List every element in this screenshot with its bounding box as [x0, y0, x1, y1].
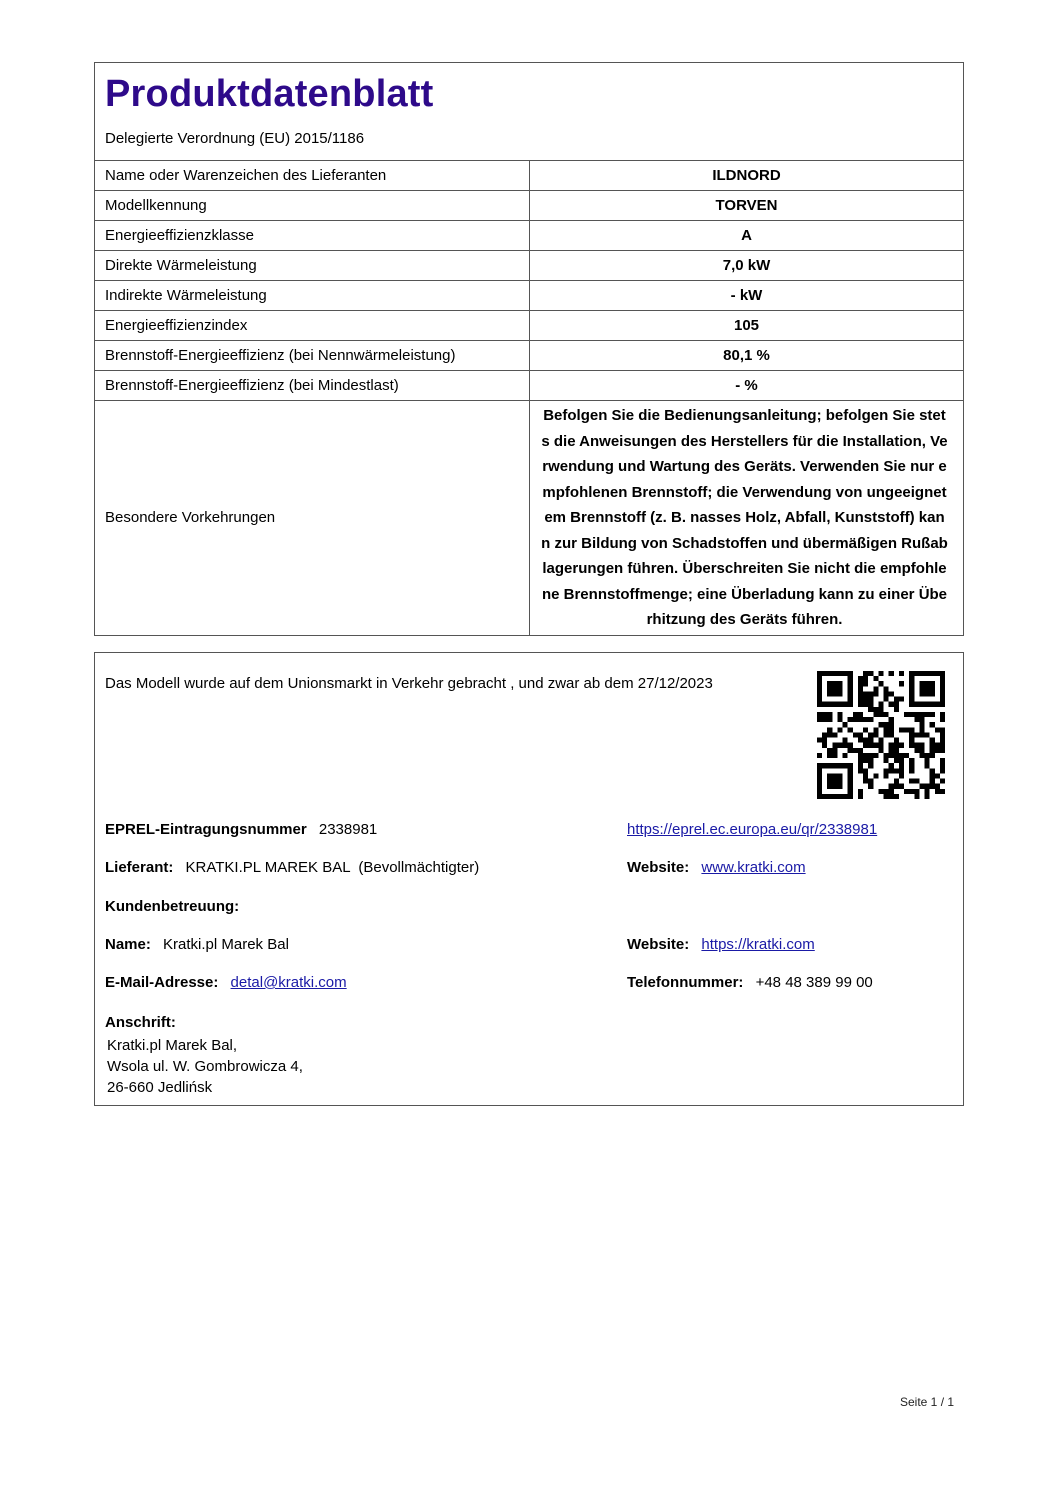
- eprel-number: 2338981: [319, 821, 377, 838]
- table-row: Brennstoff-Energieeffizienz (bei Nennwär…: [95, 341, 963, 371]
- title-block: Produktdatenblatt Delegierte Verordnung …: [95, 63, 963, 161]
- supplier-label: Lieferant:: [105, 859, 173, 876]
- phone-value: +48 48 389 99 00: [756, 974, 873, 991]
- table-row: Direkte Wärmeleistung7,0 kW: [95, 251, 963, 281]
- page-number: Seite 1 / 1: [900, 1395, 954, 1409]
- spec-label: Brennstoff-Energieeffizienz (bei Mindest…: [95, 371, 530, 401]
- spec-value: - %: [530, 371, 964, 401]
- table-row: Indirekte Wärmeleistung- kW: [95, 281, 963, 311]
- table-row: Name oder Warenzeichen des LieferantenIL…: [95, 161, 963, 191]
- address-block: Kratki.pl Marek Bal, Wsola ul. W. Gombro…: [107, 1035, 303, 1098]
- customer-support-label: Kundenbetreuung:: [105, 898, 239, 915]
- name-label: Name:: [105, 936, 151, 953]
- name-value: Kratki.pl Marek Bal: [163, 936, 289, 953]
- spec-value: 80,1 %: [530, 341, 964, 371]
- table-row: ModellkennungTORVEN: [95, 191, 963, 221]
- address-label: Anschrift:: [105, 1014, 176, 1031]
- email-link[interactable]: detal@kratki.com: [231, 974, 347, 991]
- spec-value: ILDNORD: [530, 161, 964, 191]
- spec-label: Modellkennung: [95, 191, 530, 221]
- support-website-link[interactable]: https://kratki.com: [701, 936, 814, 953]
- address-line: 26-660 Jedlińsk: [107, 1077, 303, 1098]
- phone-label: Telefonnummer:: [627, 974, 743, 991]
- spec-value: 105: [530, 311, 964, 341]
- support-website-label: Website:: [627, 936, 689, 953]
- precautions-text: Befolgen Sie die Bedienungsanleitung; be…: [530, 401, 964, 635]
- email-label: E-Mail-Adresse:: [105, 974, 218, 991]
- spec-value: - kW: [530, 281, 964, 311]
- spec-value: A: [530, 221, 964, 251]
- spec-label: Energieeffizienzklasse: [95, 221, 530, 251]
- address-line: Kratki.pl Marek Bal,: [107, 1035, 303, 1056]
- supplier-row: Lieferant: KRATKI.PL MAREK BAL (Bevollmä…: [105, 859, 479, 876]
- eprel-link[interactable]: https://eprel.ec.europa.eu/qr/2338981: [627, 821, 877, 838]
- website-label: Website:: [627, 859, 689, 876]
- spec-label: Brennstoff-Energieeffizienz (bei Nennwär…: [95, 341, 530, 371]
- page-title: Produktdatenblatt: [105, 71, 953, 117]
- spec-label: Name oder Warenzeichen des Lieferanten: [95, 161, 530, 191]
- supplier-value: KRATKI.PL MAREK BAL (Bevollmächtigter): [186, 859, 480, 876]
- regulation-subtitle: Delegierte Verordnung (EU) 2015/1186: [105, 129, 953, 149]
- website-link[interactable]: www.kratki.com: [701, 859, 805, 876]
- spec-label: Direkte Wärmeleistung: [95, 251, 530, 281]
- eprel-row: EPREL-Eintragungsnummer 2338981: [105, 821, 377, 838]
- address-line: Wsola ul. W. Gombrowicza 4,: [107, 1056, 303, 1077]
- spec-label: Indirekte Wärmeleistung: [95, 281, 530, 311]
- spec-value: 7,0 kW: [530, 251, 964, 281]
- table-row: Energieeffizienzindex105: [95, 311, 963, 341]
- spec-label: Energieeffizienzindex: [95, 311, 530, 341]
- product-data-sheet: Produktdatenblatt Delegierte Verordnung …: [94, 62, 964, 636]
- eprel-label: EPREL-Eintragungsnummer: [105, 821, 307, 838]
- spec-value: TORVEN: [530, 191, 964, 221]
- table-row: EnergieeffizienzklasseA: [95, 221, 963, 251]
- info-box: Das Modell wurde auf dem Unionsmarkt in …: [94, 652, 964, 1106]
- table-row-precautions: Besondere VorkehrungenBefolgen Sie die B…: [95, 401, 963, 635]
- precautions-label: Besondere Vorkehrungen: [95, 401, 530, 635]
- market-date-text: Das Modell wurde auf dem Unionsmarkt in …: [105, 675, 713, 692]
- table-row: Brennstoff-Energieeffizienz (bei Mindest…: [95, 371, 963, 401]
- spec-table: Name oder Warenzeichen des LieferantenIL…: [95, 161, 963, 635]
- qr-code-icon[interactable]: [817, 671, 945, 799]
